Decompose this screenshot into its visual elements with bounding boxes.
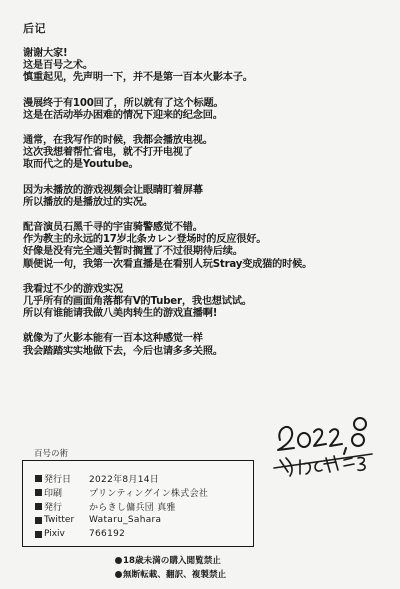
text-line: 就像为了火影本能有一百本这种感觉一样 <box>23 333 383 345</box>
colophon-key: Twitter <box>44 515 74 525</box>
book-title: 百号の術 <box>34 447 68 459</box>
text-line: 所以播放的是播放过的实况。 <box>23 197 383 209</box>
text-line: 好像是没有完全通关暂时搁置了不过很期待后续。 <box>23 246 383 258</box>
text-line: 这是百号之术。 <box>23 60 383 72</box>
square-bullet-icon <box>35 475 42 482</box>
square-bullet-icon <box>35 489 42 496</box>
colophon-value: プリンティングイン株式会社 <box>89 486 208 499</box>
colophon-row-publisher: 発行 からきし傭兵団 真雅 <box>35 499 208 513</box>
afterword-page: 后记 谢谢大家! 这是百号之术。 慎重起见，先声明一下，并不是第一百本火影本子。… <box>0 0 400 589</box>
paragraph: 配音演员石黑千寻的宇宙骑警感觉不错。 作为教主的永远的17岁北条カレン登场时的反… <box>23 222 383 271</box>
circle-bullet-icon <box>115 557 122 564</box>
text-line: 通常，在我写作的时候，我都会播放电视。 <box>23 135 383 147</box>
colophon-key: 発行日 <box>44 472 71 485</box>
square-bullet-icon <box>35 503 42 510</box>
page-title: 后记 <box>23 20 46 36</box>
colophon-box: 発行日 2022年8月14日 印刷 プリンティングイン株式会社 発行 からきし傭… <box>22 460 254 547</box>
text-line: 我看过不少的游戏实况 <box>23 284 383 296</box>
square-bullet-icon <box>35 531 42 538</box>
notices: 18歳未満の購入閲覧禁止 無断転載、翻訳、複製禁止 <box>115 553 226 581</box>
colophon-key: Pixiv <box>44 529 65 539</box>
colophon-row-publish-date: 発行日 2022年8月14日 <box>35 471 208 485</box>
text-line: 这次我想着帮忙省电，就不打开电视了 <box>23 147 383 159</box>
text-line: 慎重起见，先声明一下，并不是第一百本火影本子。 <box>23 72 383 84</box>
colophon-value: 766192 <box>89 529 125 539</box>
paragraph: 谢谢大家! 这是百号之术。 慎重起见，先声明一下，并不是第一百本火影本子。 <box>23 48 383 85</box>
text-line: 取而代之的是Youtube。 <box>23 159 383 171</box>
text-line: 顺便说一句，我第一次看直播是在看别人玩Stray变成猫的时候。 <box>23 259 383 271</box>
colophon-row-twitter: Twitter Wataru_Sahara <box>35 513 208 527</box>
text-line: 我会踏踏实实地做下去，今后也请多多关照。 <box>23 346 383 358</box>
text-line: 几乎所有的画面角落都有V的Tuber，我也想试试。 <box>23 296 383 308</box>
text-line: 因为未播放的游戏视频会让眼睛盯着屏幕 <box>23 185 383 197</box>
text-line: 作为教主的永远的17岁北条カレン登场时的反应很好。 <box>23 234 383 246</box>
colophon-value: Wataru_Sahara <box>89 515 161 525</box>
paragraph: 就像为了火影本能有一百本这种感觉一样 我会踏踏实实地做下去，今后也请多多关照。 <box>23 333 383 357</box>
colophon-value: からきし傭兵団 真雅 <box>89 500 176 513</box>
text-line: 配音演员石黑千寻的宇宙骑警感觉不错。 <box>23 222 383 234</box>
paragraph: 漫展终于有100回了，所以就有了这个标题。 这是在活动举办困难的情况下迎来的纪念… <box>23 98 383 122</box>
notice-no-reproduction: 無断転載、翻訳、複製禁止 <box>115 567 226 581</box>
afterword-body: 谢谢大家! 这是百号之术。 慎重起见，先声明一下，并不是第一百本火影本子。 漫展… <box>23 48 383 371</box>
paragraph: 因为未播放的游戏视频会让眼睛盯着屏幕 所以播放的是播放过的实况。 <box>23 185 383 209</box>
colophon-value: 2022年8月14日 <box>89 472 159 485</box>
text-line: 漫展终于有100回了，所以就有了这个标题。 <box>23 98 383 110</box>
text-line: 所以有谁能请我做八美肉转生的游戏直播啊! <box>23 308 383 320</box>
colophon-key: 発行 <box>44 500 62 513</box>
handwritten-signature <box>272 410 382 485</box>
colophon-key: 印刷 <box>44 486 62 499</box>
colophon-row-printer: 印刷 プリンティングイン株式会社 <box>35 485 208 499</box>
colophon-row-pixiv: Pixiv 766192 <box>35 527 208 541</box>
text-line: 谢谢大家! <box>23 48 383 60</box>
square-bullet-icon <box>35 517 42 524</box>
notice-age-restriction: 18歳未満の購入閲覧禁止 <box>115 553 226 567</box>
text-line: 这是在活动举办困难的情况下迎来的纪念回。 <box>23 110 383 122</box>
paragraph: 通常，在我写作的时候，我都会播放电视。 这次我想着帮忙省电，就不打开电视了 取而… <box>23 135 383 172</box>
circle-bullet-icon <box>115 571 122 578</box>
paragraph: 我看过不少的游戏实况 几乎所有的画面角落都有V的Tuber，我也想试试。 所以有… <box>23 284 383 321</box>
